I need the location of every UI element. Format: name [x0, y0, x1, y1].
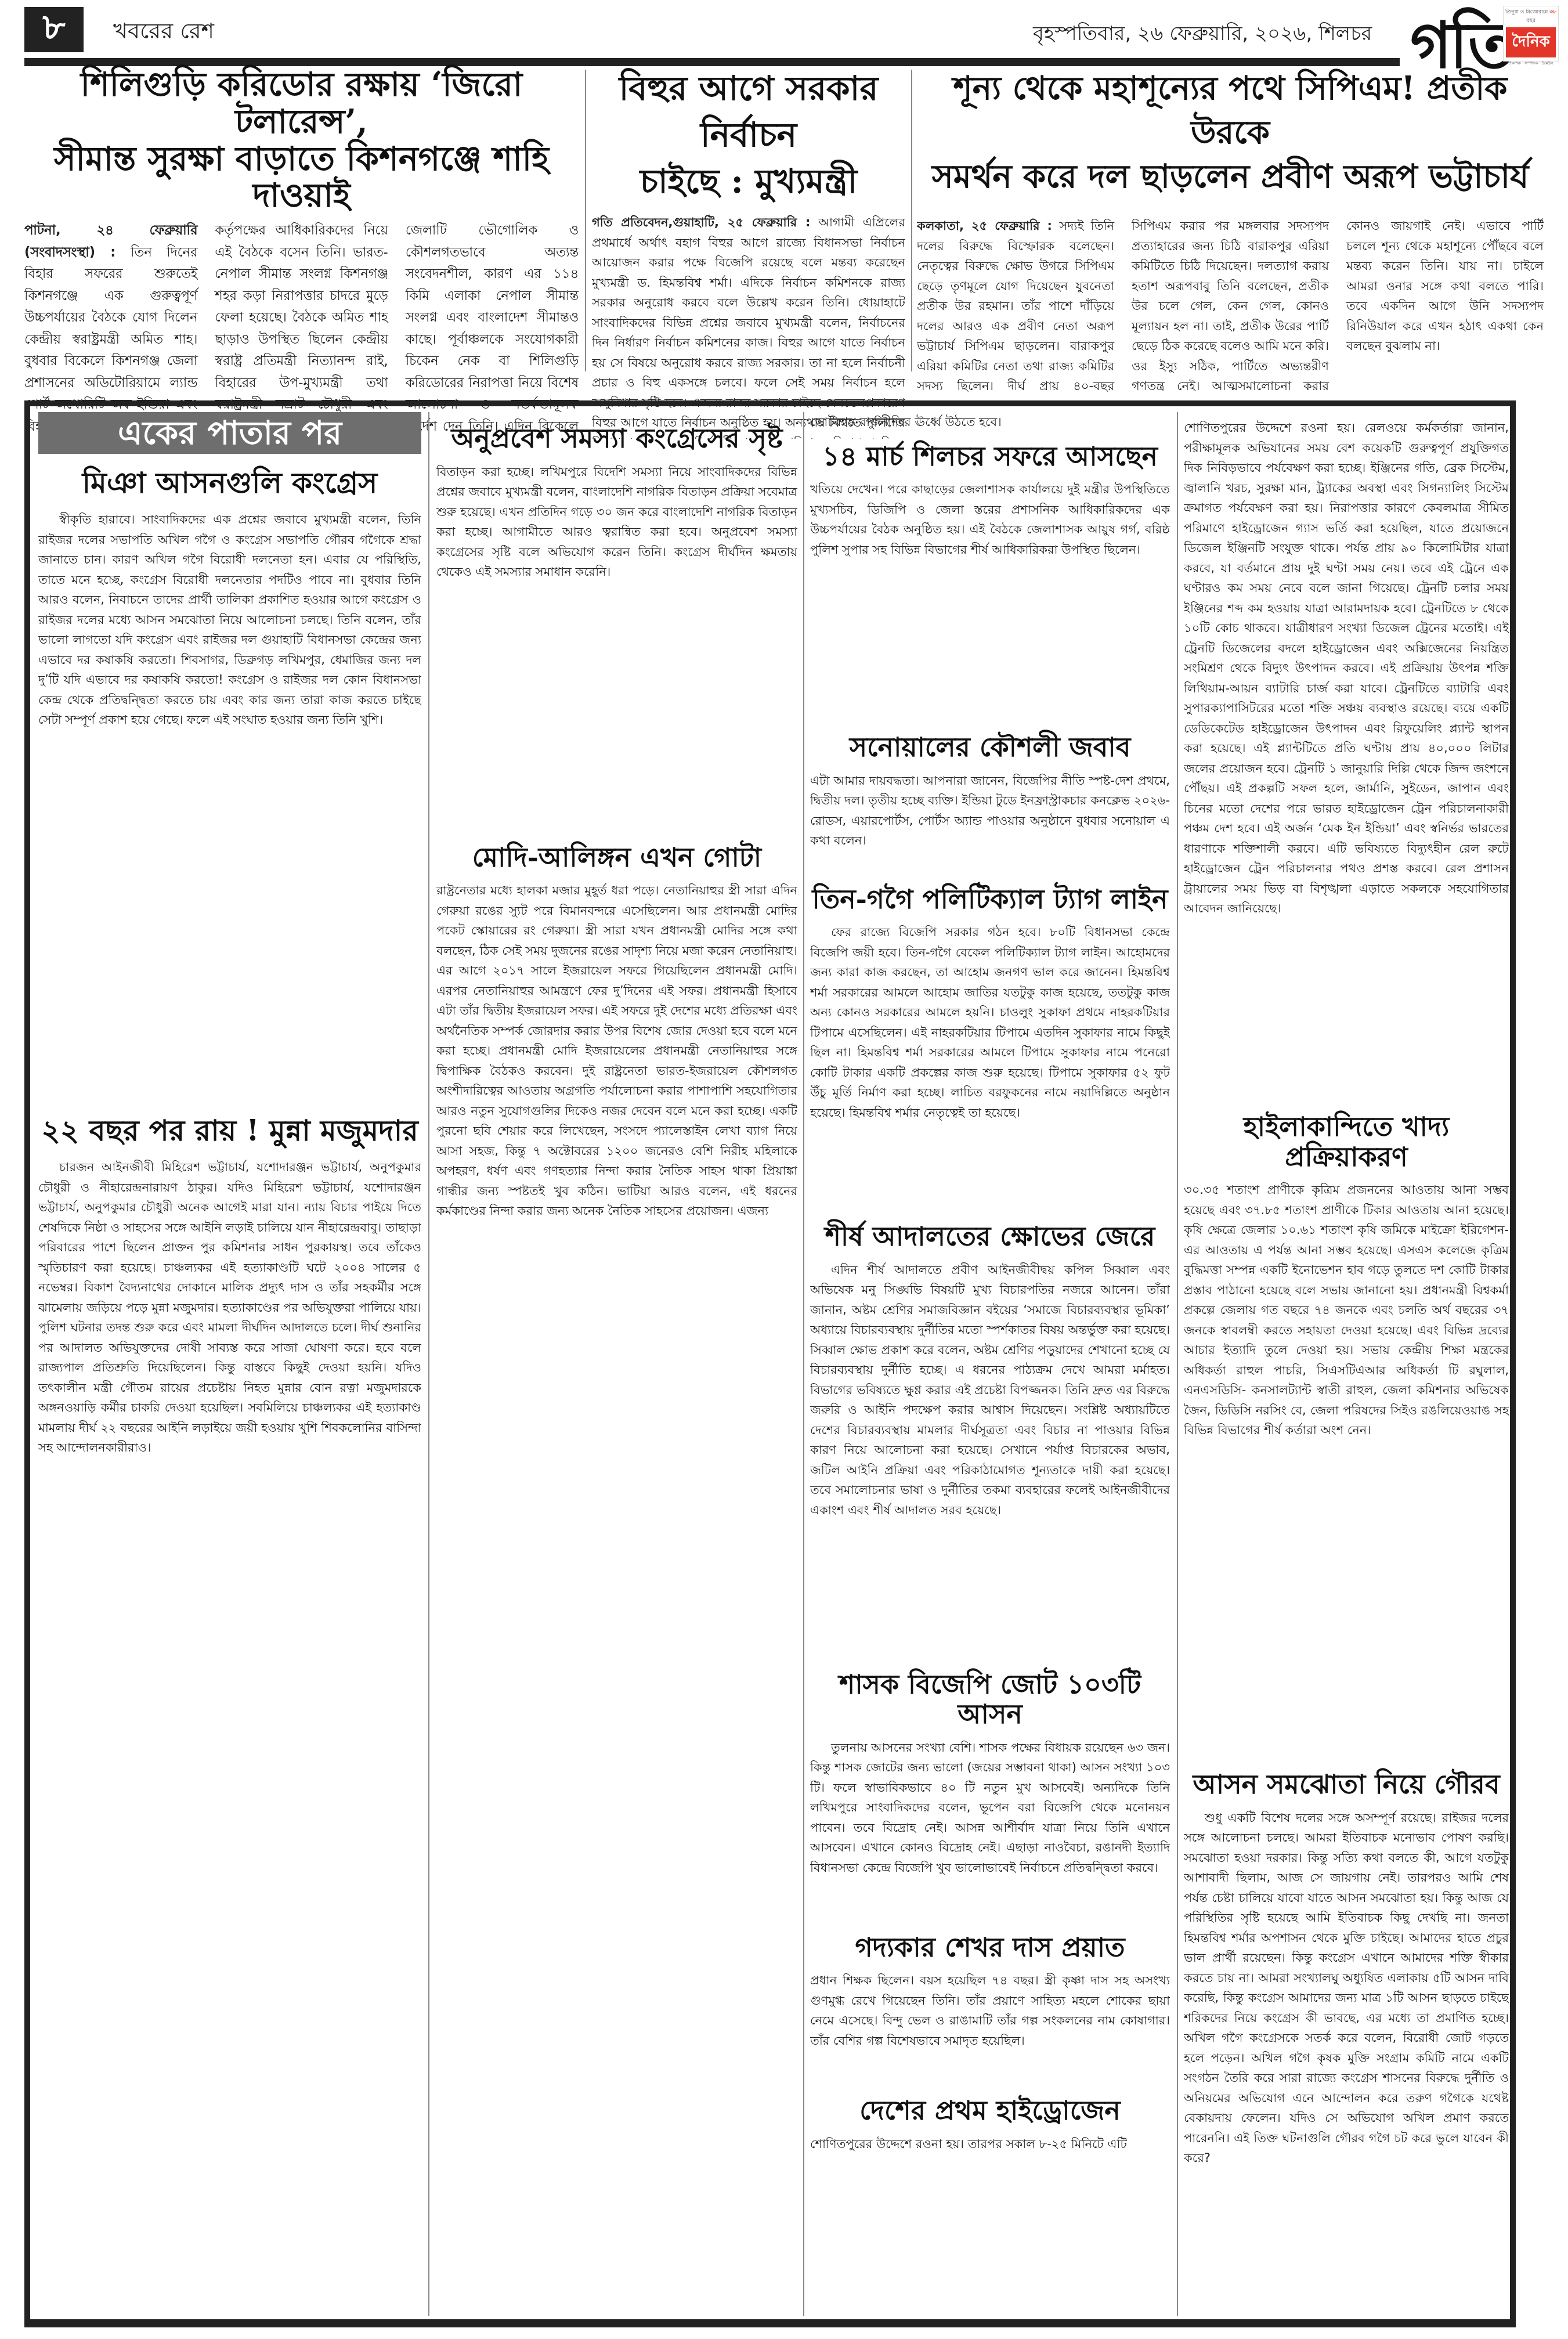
dateline: গতি প্রতিবেদন,গুয়াহাটি, ২৫ ফেব্রুয়ারি … [592, 215, 810, 229]
story-bjp-alliance-103-seats: শাসক বিজেপি জোট ১০৩টি আসন তুলনায় আসনের … [810, 1670, 1170, 1923]
story-body: এটা আমার দায়বদ্ধতা। আপনারা জানেন, বিজেপ… [810, 771, 1170, 875]
story-miya-seats: মিঞা আসনগুলি কংগ্রেস স্বীকৃতি হারাবে। সা… [38, 467, 421, 1102]
story-body: রাষ্ট্রনেতার মধ্যে হালকা মজার মুহূর্ত ধর… [436, 880, 797, 2297]
headline: তিন-গগৈ পলিটিক্যাল ট্যাগ লাইন [810, 885, 1170, 915]
story-body: বিতাড়ন করা হচ্ছে। লখিমপুরে বিদেশি সমস্য… [436, 462, 797, 833]
column-divider [1177, 412, 1178, 2316]
story-body: স্বীকৃতি হারাবে। সাংবাদিকদের এক প্রশ্নের… [38, 510, 421, 1102]
issue-date: বৃহস্পতিবার, ২৬ ফেব্রুয়ারি, ২০২৬, শিলচর [1033, 19, 1372, 52]
dateline: কলকাতা, ২৫ ফেব্রুয়ারি : [917, 219, 1052, 233]
story-hailakandi-food-processing: হাইলাকান্দিতে খাদ্য প্রক্রিয়াকরণ ৩০.৩৫ … [1184, 1112, 1509, 1760]
story-continuation-hydrogen: শোণিতপুরের উদ্দেশে রওনা হয়। রেলওয়ে কর্… [1184, 418, 1509, 1103]
column-divider [428, 412, 429, 2316]
column-divider [585, 70, 586, 371]
story-munna-majumdar-verdict: ২২ বছর পর রায় ! মুন্না মজুমদার চারজন আই… [38, 1114, 421, 2339]
headline: শাসক বিজেপি জোট ১০৩টি আসন [810, 1670, 1170, 1730]
story-first-hydrogen-train: দেশের প্রথম হাইড্রোজেন শোণিতপুরের উদ্দেশ… [810, 2096, 1170, 2157]
story-gaurav-seat-sharing: আসন সমঝোতা নিয়ে গৌরব শুধু একটি বিশেষ দল… [1184, 1770, 1509, 2339]
headline: অনুপ্রবেশ সমস্যা কংগ্রেসের সৃষ্ট [436, 424, 797, 454]
story-siliguri-corridor: শিলিগুড়ি করিডোর রক্ষায় ‘জিরো টলারেন্স’… [24, 63, 579, 370]
box-column-4: শোণিতপুরের উদ্দেশে রওনা হয়। রেলওয়ে কর্… [1184, 412, 1509, 2339]
headline: শীর্ষ আদালতের ক্ষোভের জেরে [810, 1222, 1170, 1252]
story-continuation: ভোটব্যাঙ্ক রাজনীতির ঊর্ধ্বে উঠতে হবে। [810, 412, 1170, 432]
headline: শিলিগুড়ি করিডোর রক্ষায় ‘জিরো টলারেন্স’… [24, 66, 579, 214]
story-body: ফের রাজ্যে বিজেপি সরকার গঠন হবে। ৮০টি বি… [810, 922, 1170, 1212]
section-name: খবরের রেশ [113, 14, 214, 51]
column-divider [803, 412, 804, 2316]
story-body: চারজন আইনজীবী মিহিরেশ ভট্টাচার্য, যশোদার… [38, 1157, 421, 2339]
page-number: ৮ [24, 7, 84, 52]
story-body: খতিয়ে দেখেন। পরে কাছাড়ের জেলাশাসক কার্… [810, 479, 1170, 723]
headline: শূন্য থেকে মহাশূন্যের পথে সিপিএম! প্রতীক… [917, 66, 1544, 198]
headline: বিহুর আগে সরকার নির্বাচন চাইছে : মুখ্যমন… [592, 65, 905, 204]
newspaper-logo: গতি ত্রিপুরা ও মিজোরামে ৩৮ বছর দৈনিক প্র… [1410, 1, 1561, 64]
headline: সনোয়ালের কৌশলী জবাব [810, 732, 1170, 763]
continued-from-front-page-box: একের পাতার পর মিঞা আসনগুলি কংগ্রেস স্বীক… [24, 400, 1516, 2327]
story-writer-shekhar-das-obituary: গদ্যকার শেখর দাস প্রয়াত প্রধান শিক্ষক ছ… [810, 1933, 1170, 2087]
headline: গদ্যকার শেখর দাস প্রয়াত [810, 1933, 1170, 1963]
story-march14-silchar-visit: ১৪ মার্চ শিলচর সফরে আসছেন খতিয়ে দেখেন। … [810, 442, 1170, 724]
headline: মোদি-আলিঙ্গন এখন গোটা [436, 843, 797, 873]
story-supreme-court-anger: শীর্ষ আদালতের ক্ষোভের জেরে এদিন শীর্ষ আদ… [810, 1222, 1170, 1661]
story-body: প্রধান শিক্ষক ছিলেন। বয়স হয়েছিল ৭৪ বছর… [810, 1970, 1170, 2087]
logo-tagline: ত্রিপুরা ও মিজোরামে ৩৮ বছর [1504, 6, 1558, 25]
logo-badge: ত্রিপুরা ও মিজোরামে ৩৮ বছর দৈনিক প্রকাশক… [1503, 6, 1559, 62]
story-election-before-bihu: বিহুর আগে সরকার নির্বাচন চাইছে : মুখ্যমন… [592, 63, 905, 388]
story-body: শোণিতপুরের উদ্দেশে রওনা হয়। তারপর সকাল … [810, 2134, 1170, 2157]
headline: হাইলাকান্দিতে খাদ্য প্রক্রিয়াকরণ [1184, 1112, 1509, 1172]
logo-daily-label: দৈনিক [1506, 27, 1556, 57]
column-divider [911, 70, 912, 371]
story-body: শুধু একটি বিশেষ দলের সঙ্গে অসম্পূর্ণ রয়… [1184, 1808, 1509, 2339]
story-three-gogoi-tagline: তিন-গগৈ পলিটিক্যাল ট্যাগ লাইন ফের রাজ্যে… [810, 885, 1170, 1213]
story-body: এদিন শীর্ষ আদালতে প্রবীণ আইনজীবীদ্বয় কপ… [810, 1260, 1170, 1661]
headline: ১৪ মার্চ শিলচর সফরে আসছেন [810, 442, 1170, 472]
story-cpim-resignation: শূন্য থেকে মহাশূন্যের পথে সিপিএম! প্রতীক… [917, 63, 1544, 388]
story-body: ৩০.৩৫ শতাংশ প্রাণীকে কৃত্রিম প্রজননের আও… [1184, 1180, 1509, 1760]
box-column-1: একের পাতার পর মিঞা আসনগুলি কংগ্রেস স্বীক… [38, 412, 421, 2339]
box-column-3: ভোটব্যাঙ্ক রাজনীতির ঊর্ধ্বে উঠতে হবে। ১৪… [810, 412, 1170, 2157]
story-sonowal-reply: সনোয়ালের কৌশলী জবাব এটা আমার দায়বদ্ধতা… [810, 732, 1170, 875]
masthead: ৮ খবরের রেশ বৃহস্পতিবার, ২৬ ফেব্রুয়ারি,… [0, 0, 1568, 64]
story-infiltration-congress: অনুপ্রবেশ সমস্যা কংগ্রেসের সৃষ্ট বিতাড়ন… [436, 424, 797, 833]
box-column-2: অনুপ্রবেশ সমস্যা কংগ্রেসের সৃষ্ট বিতাড়ন… [436, 412, 797, 2297]
continued-kicker: একের পাতার পর [38, 412, 421, 454]
headline: মিঞা আসনগুলি কংগ্রেস [38, 467, 421, 499]
story-body: তুলনায় আসনের সংখ্যা বেশি। শাসক পক্ষের ব… [810, 1738, 1170, 1923]
headline: আসন সমঝোতা নিয়ে গৌরব [1184, 1770, 1509, 1800]
headline: দেশের প্রথম হাইড্রোজেন [810, 2096, 1170, 2126]
story-modi-embrace: মোদি-আলিঙ্গন এখন গোটা রাষ্ট্রনেতার মধ্যে… [436, 843, 797, 2297]
headline: ২২ বছর পর রায় ! মুন্না মজুমদার [38, 1114, 421, 1147]
